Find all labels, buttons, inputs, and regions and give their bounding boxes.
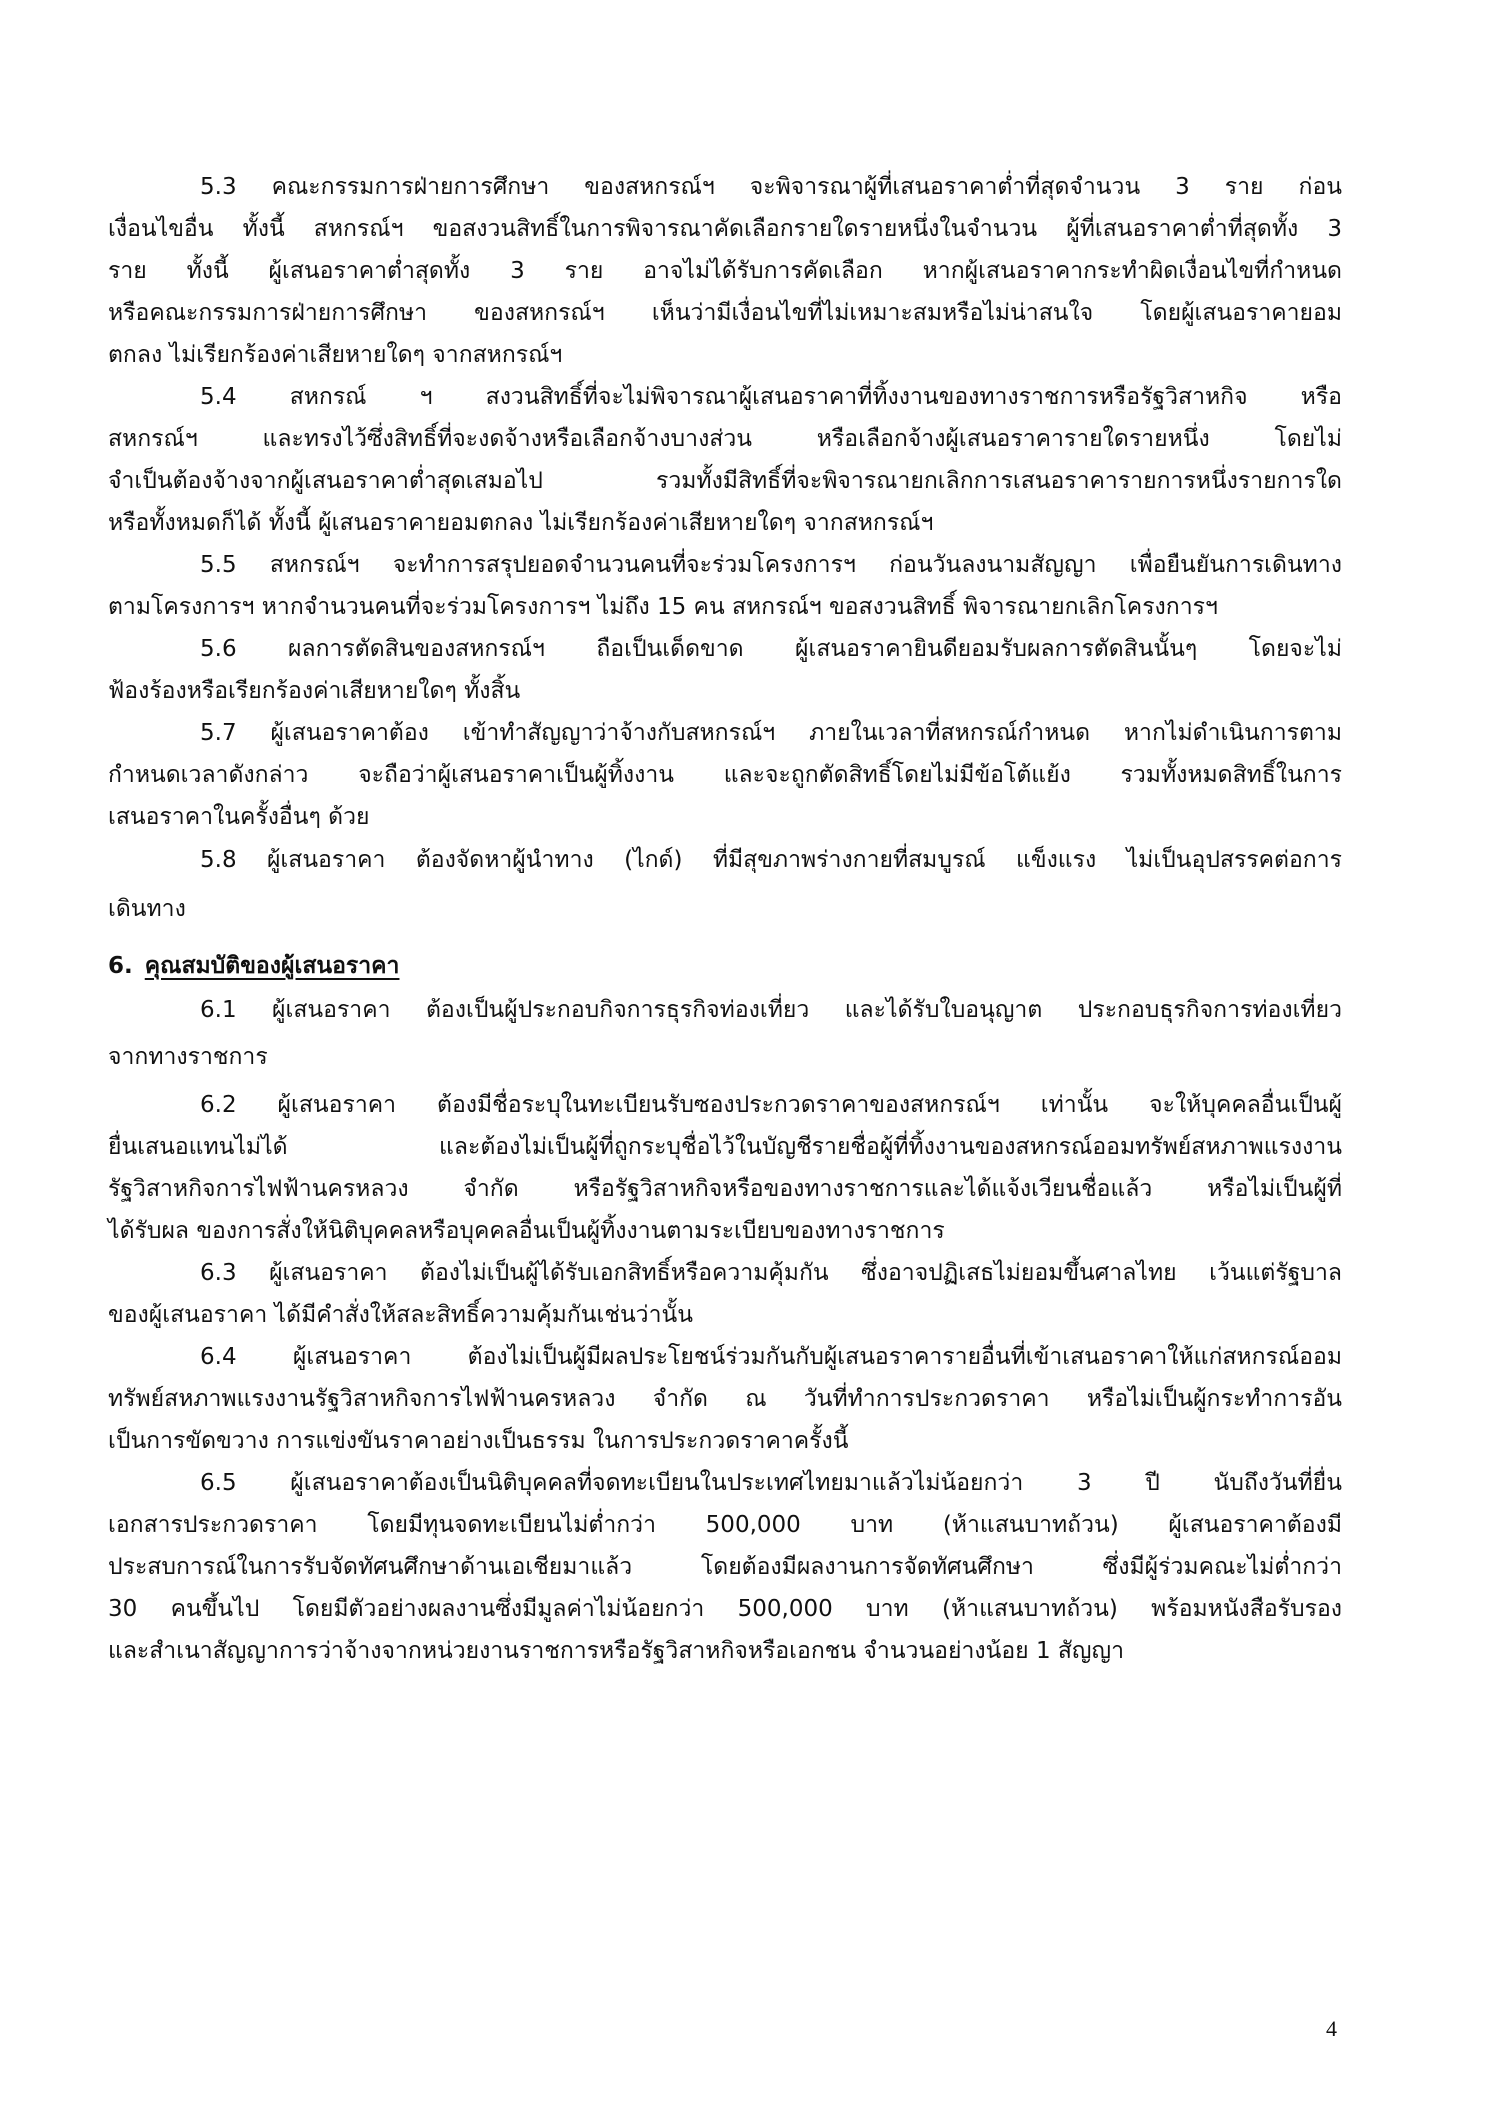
text-line: เป็นการขัดขวาง การแข่งขันราคาอย่างเป็นธร… — [108, 1420, 1342, 1462]
text-line: 5.3 คณะกรรมการฝ่ายการศึกษา ของสหกรณ์ฯ จะ… — [108, 166, 1342, 208]
clause-5-4: 5.4 สหกรณ์ ฯ สงวนสิทธิ์ที่จะไม่พิจารณาผู… — [108, 376, 1342, 544]
text-line: 6.5 ผู้เสนอราคาต้องเป็นนิติบุคคลที่จดทะเ… — [108, 1462, 1342, 1504]
clause-6-1: 6.1 ผู้เสนอราคา ต้องเป็นผู้ประกอบกิจการธ… — [108, 988, 1342, 1084]
clause-6-5: 6.5 ผู้เสนอราคาต้องเป็นนิติบุคคลที่จดทะเ… — [108, 1462, 1342, 1672]
document-page: 5.3 คณะกรรมการฝ่ายการศึกษา ของสหกรณ์ฯ จะ… — [0, 0, 1500, 2122]
text-line: หรือคณะกรรมการฝ่ายการศึกษา ของสหกรณ์ฯ เห… — [108, 292, 1342, 334]
clause-5-8: 5.8 ผู้เสนอราคา ต้องจัดหาผู้นำทาง (ไกด์)… — [108, 838, 1342, 930]
text-line: กำหนดเวลาดังกล่าว จะถือว่าผู้เสนอราคาเป็… — [108, 754, 1342, 796]
text-line: หรือทั้งหมดก็ได้ ทั้งนี้ ผู้เสนอราคายอมต… — [108, 502, 1342, 544]
clause-5-7: 5.7 ผู้เสนอราคาต้อง เข้าทำสัญญาว่าจ้างกั… — [108, 712, 1342, 838]
clause-6-3: 6.3 ผู้เสนอราคา ต้องไม่เป็นผู้ได้รับเอกส… — [108, 1252, 1342, 1336]
text-line: รัฐวิสาหกิจการไฟฟ้านครหลวง จำกัด หรือรัฐ… — [108, 1168, 1342, 1210]
text-line: ของผู้เสนอราคา ได้มีคำสั่งให้สละสิทธิ์คว… — [108, 1294, 1342, 1336]
section-number: 6. — [108, 953, 133, 979]
section-title: คุณสมบัติของผู้เสนอราคา — [145, 953, 400, 979]
text-line: เดินทาง — [108, 888, 1342, 930]
text-line: 5.8 ผู้เสนอราคา ต้องจัดหาผู้นำทาง (ไกด์)… — [108, 838, 1342, 888]
text-line: 6.1 ผู้เสนอราคา ต้องเป็นผู้ประกอบกิจการธ… — [108, 988, 1342, 1036]
text-line: 5.6 ผลการตัดสินของสหกรณ์ฯ ถือเป็นเด็ดขาด… — [108, 628, 1342, 670]
spacer — [108, 930, 1342, 944]
text-line: ประสบการณ์ในการรับจัดทัศนศึกษาด้านเอเชีย… — [108, 1546, 1342, 1588]
clause-6-4: 6.4 ผู้เสนอราคา ต้องไม่เป็นผู้มีผลประโยช… — [108, 1336, 1342, 1462]
text-line: จำเป็นต้องจ้างจากผู้เสนอราคาต่ำสุดเสมอไป… — [108, 460, 1342, 502]
text-line: 5.7 ผู้เสนอราคาต้อง เข้าทำสัญญาว่าจ้างกั… — [108, 712, 1342, 754]
text-line: 5.4 สหกรณ์ ฯ สงวนสิทธิ์ที่จะไม่พิจารณาผู… — [108, 376, 1342, 418]
clause-6-2: 6.2 ผู้เสนอราคา ต้องมีชื่อระบุในทะเบียนร… — [108, 1084, 1342, 1252]
text-line: 6.2 ผู้เสนอราคา ต้องมีชื่อระบุในทะเบียนร… — [108, 1084, 1342, 1126]
clause-5-6: 5.6 ผลการตัดสินของสหกรณ์ฯ ถือเป็นเด็ดขาด… — [108, 628, 1342, 712]
section-6-heading: 6.คุณสมบัติของผู้เสนอราคา — [108, 944, 1342, 988]
text-line: เสนอราคาในครั้งอื่นๆ ด้วย — [108, 796, 1342, 838]
text-line: ราย ทั้งนี้ ผู้เสนอราคาต่ำสุดทั้ง 3 ราย … — [108, 250, 1342, 292]
text-line: ได้รับผล ของการสั่งให้นิติบุคคลหรือบุคคล… — [108, 1210, 1342, 1252]
text-line: จากทางราชการ — [108, 1036, 1342, 1084]
clause-5-3: 5.3 คณะกรรมการฝ่ายการศึกษา ของสหกรณ์ฯ จะ… — [108, 166, 1342, 376]
text-line: สหกรณ์ฯ และทรงไว้ซึ่งสิทธิ์ที่จะงดจ้างหร… — [108, 418, 1342, 460]
text-line: 5.5 สหกรณ์ฯ จะทำการสรุปยอดจำนวนคนที่จะร่… — [108, 544, 1342, 586]
text-line: 30 คนขึ้นไป โดยมีตัวอย่างผลงานซึ่งมีมูลค… — [108, 1588, 1342, 1630]
clause-5-5: 5.5 สหกรณ์ฯ จะทำการสรุปยอดจำนวนคนที่จะร่… — [108, 544, 1342, 628]
text-line: เงื่อนไขอื่น ทั้งนี้ สหกรณ์ฯ ขอสงวนสิทธิ… — [108, 208, 1342, 250]
page-content: 5.3 คณะกรรมการฝ่ายการศึกษา ของสหกรณ์ฯ จะ… — [108, 166, 1342, 1672]
text-line: ทรัพย์สหภาพแรงงานรัฐวิสาหกิจการไฟฟ้านครห… — [108, 1378, 1342, 1420]
page-number: 4 — [1326, 2016, 1337, 2042]
text-line: และสำเนาสัญญาการว่าจ้างจากหน่วยงานราชการ… — [108, 1630, 1342, 1672]
text-line: 6.4 ผู้เสนอราคา ต้องไม่เป็นผู้มีผลประโยช… — [108, 1336, 1342, 1378]
text-line: เอกสารประกวดราคา โดยมีทุนจดทะเบียนไม่ต่ำ… — [108, 1504, 1342, 1546]
text-line: 6.3 ผู้เสนอราคา ต้องไม่เป็นผู้ได้รับเอกส… — [108, 1252, 1342, 1294]
text-line: ฟ้องร้องหรือเรียกร้องค่าเสียหายใดๆ ทั้งส… — [108, 670, 1342, 712]
text-line: ยื่นเสนอแทนไม่ได้ และต้องไม่เป็นผู้ที่ถู… — [108, 1126, 1342, 1168]
text-line: ตามโครงการฯ หากจำนวนคนที่จะร่วมโครงการฯ … — [108, 586, 1342, 628]
text-line: ตกลง ไม่เรียกร้องค่าเสียหายใดๆ จากสหกรณ์… — [108, 334, 1342, 376]
